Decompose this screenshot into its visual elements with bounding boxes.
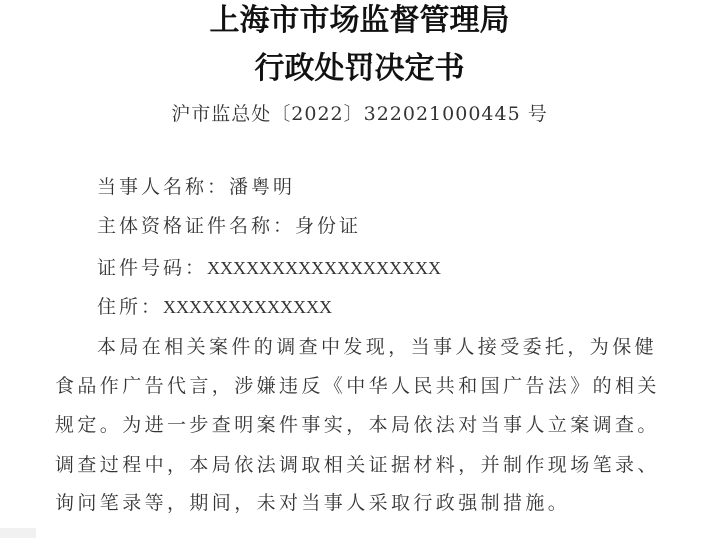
field-id-document-type: 主体资格证件名称：身份证: [97, 213, 361, 239]
scan-shadow-artifact: [0, 528, 36, 538]
paragraph-line: 本局在相关案件的调查中发现，当事人接受委托，为保健: [97, 334, 667, 360]
paragraph-line: 询问笔录等，期间，未对当事人采取行政强制措施。: [55, 490, 667, 516]
field-label: 主体资格证件名称：: [97, 215, 295, 237]
paragraph-line: 调查过程中，本局依法调取相关证据材料，并制作现场笔录、: [55, 452, 667, 478]
field-value: XXXXXXXXXXXXXXXXXX: [207, 258, 441, 278]
field-party-name: 当事人名称：潘粤明: [97, 174, 295, 200]
field-value: XXXXXXXXXXXXX: [163, 297, 332, 317]
field-id-number: 证件号码：XXXXXXXXXXXXXXXXXX: [97, 255, 441, 281]
field-address: 住所：XXXXXXXXXXXXX: [97, 294, 332, 320]
document-type-title: 行政处罚决定书: [0, 50, 719, 88]
issuing-authority-title: 上海市市场监督管理局: [0, 2, 719, 40]
field-label: 当事人名称：: [97, 176, 229, 198]
field-value: 身份证: [295, 215, 361, 237]
document-number: 沪市监总处〔2022〕322021000445 号: [0, 101, 719, 127]
field-label: 证件号码：: [97, 257, 207, 279]
document-page: 上海市市场监督管理局 行政处罚决定书 沪市监总处〔2022〕3220210004…: [0, 0, 719, 538]
field-label: 住所：: [97, 296, 163, 318]
paragraph-line: 规定。为进一步查明案件事实，本局依法对当事人立案调查。: [55, 412, 667, 438]
field-value: 潘粤明: [229, 176, 295, 198]
paragraph-line: 食品作广告代言，涉嫌违反《中华人民共和国广告法》的相关: [55, 373, 667, 399]
